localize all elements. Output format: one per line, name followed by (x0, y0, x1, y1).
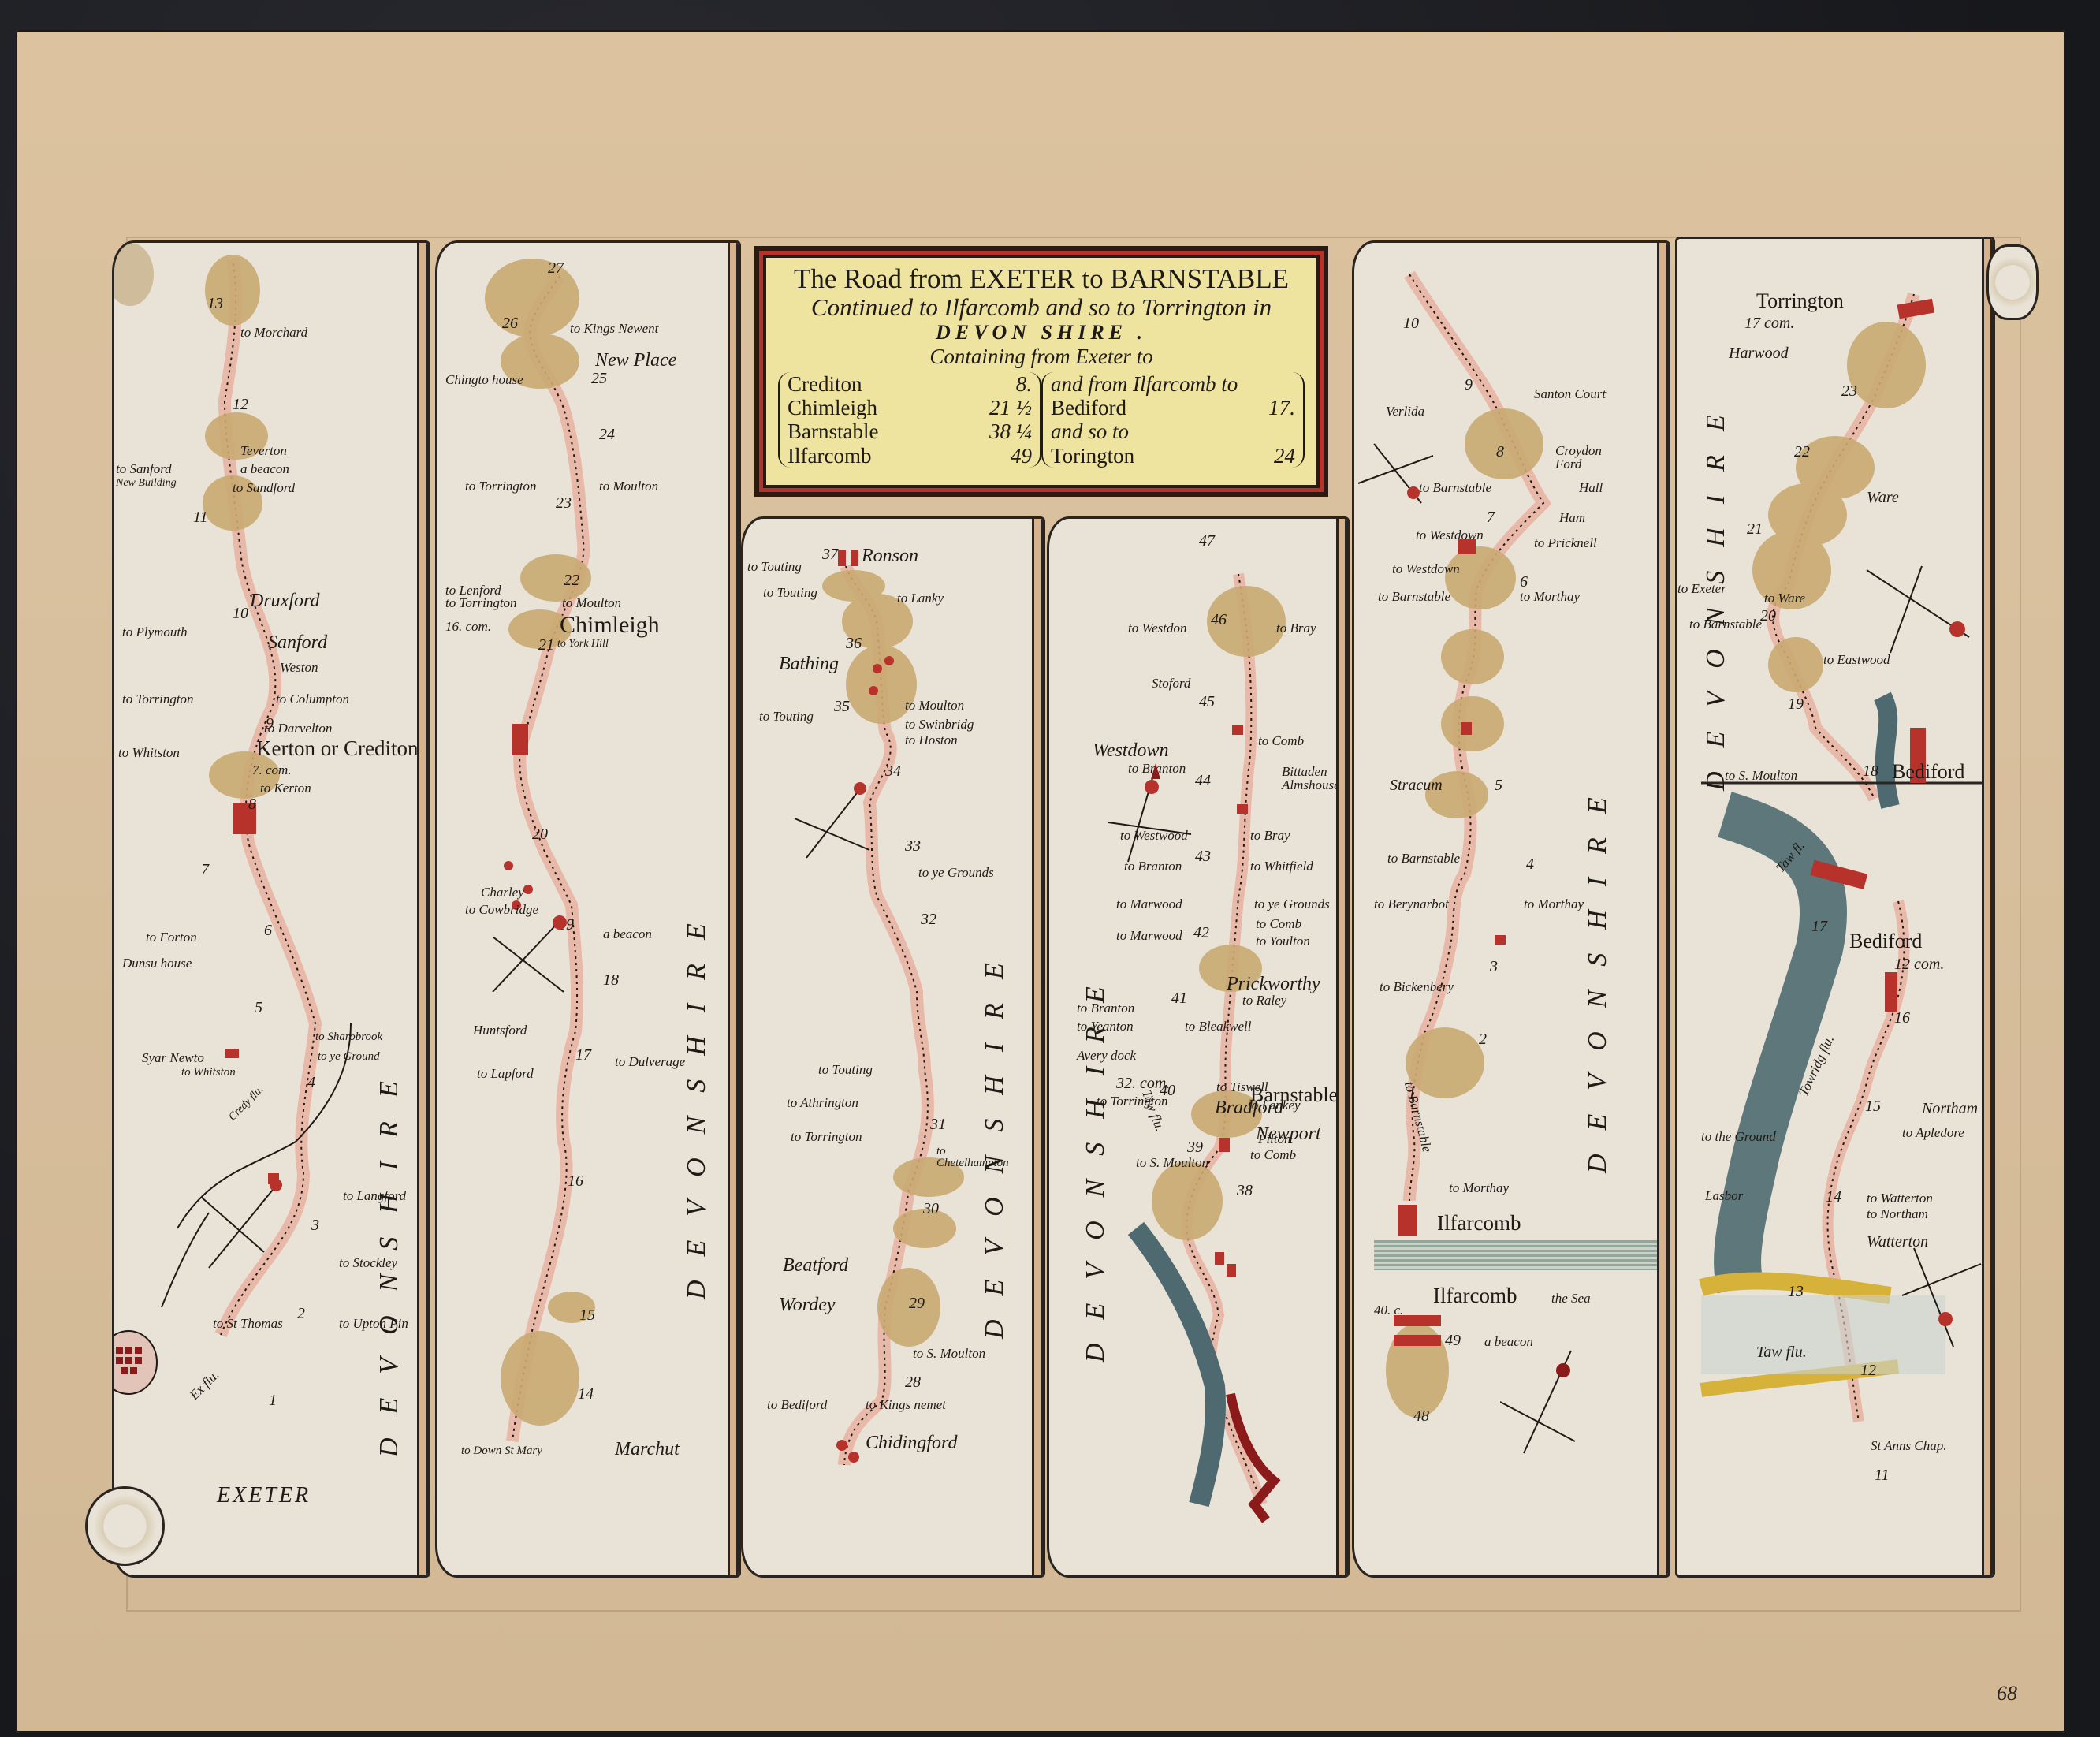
place-label: Huntsford (473, 1023, 527, 1037)
mile-4: 4 (307, 1075, 315, 1090)
distances-from-exeter: Crediton8. Chimleigh21 ½ Barnstable38 ¼ … (778, 372, 1041, 468)
place-label: St Anns Chap. (1871, 1439, 1947, 1452)
mile-20: 20 (1760, 608, 1776, 624)
town-ilfarcomb: Ilfarcomb (1437, 1213, 1521, 1234)
mile-49: 49 (1445, 1333, 1461, 1348)
distance-row: Barnstable38 ¼ (787, 419, 1032, 443)
place-name: Torington (1051, 444, 1134, 468)
place-label: a beacon (240, 462, 289, 475)
heading: and from Ilfarcomb to (1051, 372, 1238, 396)
branch-label: to Westdown (1392, 562, 1460, 576)
branch-label: to Forton (146, 930, 197, 944)
mile-13: 13 (1788, 1284, 1804, 1299)
branch-label: to Swinbridg (905, 718, 974, 731)
place-label: New Place (595, 351, 676, 370)
containing-heading: Containing from Exeter to (778, 345, 1305, 369)
scroll-curl-icon (1986, 244, 2039, 320)
branch-label: to Sanford (116, 462, 172, 475)
mile-41: 41 (1171, 990, 1187, 1006)
distance-row: Torington24 (1051, 444, 1295, 468)
place-label: Newport (1256, 1124, 1321, 1143)
branch-label: to the Ground (1701, 1130, 1776, 1143)
place-label: Ronson (862, 546, 918, 565)
mile-20: 20 (532, 826, 548, 842)
branch-label: to Lanky (897, 591, 944, 605)
mile-17: 17 (575, 1047, 591, 1063)
place-label: Druxford (250, 591, 319, 610)
mile-47: 47 (1199, 533, 1215, 549)
mile-12: 12 (233, 397, 248, 412)
branch-label: to York Hill (557, 639, 609, 650)
branch-label: to Comb (1256, 917, 1301, 930)
miles: 21 ½ (989, 396, 1032, 419)
branch-label: to Comb (1258, 734, 1304, 747)
mile-35: 35 (834, 699, 850, 714)
mile-18: 18 (603, 972, 619, 988)
place-label: Stracum (1390, 777, 1443, 793)
place-label: Hall (1579, 481, 1603, 494)
branch-label: to Darvelton (264, 721, 332, 735)
county-label: DEVONSHIRE (682, 669, 712, 1299)
mile-30: 30 (923, 1201, 939, 1217)
place-label: Chingto house (445, 373, 523, 386)
map-subtitle: Continued to Ilfarcomb and so to Torring… (778, 294, 1305, 321)
mile-11: 11 (193, 509, 208, 525)
mile-28: 28 (905, 1374, 921, 1390)
distance-row: and so to (1051, 419, 1295, 443)
mile-38: 38 (1237, 1183, 1253, 1198)
branch-label: to Lankey (1248, 1098, 1301, 1112)
miles: 8. (1016, 372, 1032, 396)
compass-icon (1898, 1240, 1985, 1351)
mile-37: 37 (822, 546, 838, 562)
mile-48: 48 (1413, 1408, 1429, 1424)
place-name: Chimleigh (787, 396, 877, 419)
mile-18: 18 (1863, 763, 1878, 779)
mile-14: 14 (1826, 1189, 1841, 1205)
branch-label: to Northam (1867, 1207, 1928, 1221)
scroll-curl-icon (85, 1486, 165, 1566)
mile-45: 45 (1199, 694, 1215, 710)
branch-label: to Whitston (118, 746, 180, 759)
place-label: Teverton (240, 444, 287, 457)
branch-label: to Ware (1764, 591, 1805, 605)
place-label: Prickworthy (1227, 975, 1320, 993)
mile-32: 32 (921, 911, 936, 927)
mile-27: 27 (548, 260, 564, 276)
distance-table: Crediton8. Chimleigh21 ½ Barnstable38 ¼ … (778, 372, 1305, 468)
branch-label: to Whitston (181, 1067, 236, 1079)
county-label: DEVONSHIRE (374, 747, 404, 1457)
place-label: Croydon Ford (1555, 444, 1618, 471)
mile-11: 11 (1875, 1467, 1890, 1483)
place-label: Charley (481, 885, 524, 899)
river-label: Taw flu. (1756, 1344, 1807, 1360)
strip-2: 27 26 25 24 23 22 21 20 19 18 17 16 15 1… (435, 240, 741, 1578)
map-title: The Road from EXETER to BARNSTABLE (778, 265, 1305, 294)
mile-39: 39 (1187, 1139, 1203, 1155)
mile-3: 3 (311, 1217, 319, 1233)
map-county: DEVON SHIRE . (778, 321, 1305, 345)
compass-icon (791, 779, 885, 866)
town-note: 40. c. (1374, 1303, 1403, 1317)
place-label: Harwood (1729, 345, 1789, 361)
miles: 38 ¼ (989, 419, 1032, 443)
branch-label: to Down St Mary (461, 1445, 542, 1457)
place-label: Ware (1867, 490, 1899, 505)
town-note: 32. com. (1116, 1075, 1170, 1091)
branch-label: to Lapford (477, 1067, 534, 1080)
branch-label: to Morchard (240, 326, 307, 339)
mile-10: 10 (233, 606, 248, 621)
county-label: DEVONSHIRE (1583, 574, 1613, 1173)
branch-label: to ye Grounds (1254, 897, 1330, 911)
place-label: Marchut (615, 1440, 680, 1459)
place-label: Lasbor (1705, 1189, 1743, 1202)
strip-6: 23 22 21 20 19 18 17 16 15 14 13 12 11 T… (1675, 237, 1995, 1578)
branch-label: to Apledore (1902, 1126, 1964, 1139)
branch-label: to Bray (1276, 621, 1316, 635)
compass-icon (1358, 436, 1437, 507)
place-label: Ham (1559, 511, 1585, 524)
place-label: Stoford (1152, 677, 1190, 690)
mile-5: 5 (255, 1000, 262, 1016)
distance-row: Crediton8. (787, 372, 1032, 396)
mile-15: 15 (579, 1307, 595, 1323)
mile-26: 26 (502, 315, 518, 331)
branch-label: to Touting (818, 1063, 873, 1076)
mile-16: 16 (1894, 1010, 1910, 1026)
place-label: a beacon (603, 927, 652, 941)
place-name: and so to (1051, 419, 1129, 443)
branch-label: to Touting (763, 586, 817, 599)
branch-label: to Pricknell (1534, 536, 1597, 550)
town-note: 17 com. (1744, 315, 1794, 331)
branch-label: to Touting (747, 560, 802, 573)
branch-label: to S. Moulton (1136, 1156, 1208, 1169)
place-label: Santon Court (1534, 387, 1606, 401)
place-label: Wordey (779, 1295, 836, 1314)
mile-46: 46 (1211, 612, 1227, 628)
mile-6: 6 (1520, 574, 1528, 590)
branch-label: to Youlton (1256, 934, 1310, 948)
place-name: Barnstable (787, 419, 878, 443)
town-bediford-2: Bediford (1849, 931, 1922, 952)
branch-label: to Barnstable (1387, 852, 1460, 865)
place-label: Bittaden Almshouse (1282, 765, 1345, 792)
mile-1: 1 (269, 1392, 277, 1408)
branch-label: to Bray (1250, 829, 1290, 842)
place-label: Northam (1922, 1101, 1978, 1116)
branch-label: to Torrington (122, 692, 194, 706)
branch-label: to Touting (759, 710, 814, 723)
mile-13: 13 (207, 296, 223, 311)
place-label: Beatford (783, 1256, 848, 1275)
mile-9: 9 (1465, 377, 1473, 393)
branch-label: to Westdon (1128, 621, 1186, 635)
town-note: 12 com. (1894, 956, 1944, 972)
mile-42: 42 (1193, 925, 1209, 941)
town-chimleigh: Chimleigh (560, 613, 660, 637)
compass-icon (1859, 562, 1977, 657)
mile-23: 23 (1841, 383, 1857, 399)
branch-label: to ye Ground (318, 1051, 380, 1063)
place-label: New Building (116, 478, 177, 489)
branch-label: to Morthay (1520, 590, 1580, 603)
sea-band (1374, 1240, 1658, 1270)
branch-label: to Bickenbery (1380, 980, 1454, 993)
distance-row: Ilfarcomb49 (787, 444, 1032, 468)
compass-icon (485, 913, 572, 1000)
mile-14: 14 (578, 1386, 594, 1402)
mile-31: 31 (930, 1116, 946, 1132)
place-label: the Sea (1551, 1292, 1591, 1305)
town-ilfarcomb-2: Ilfarcomb (1433, 1285, 1517, 1306)
mile-23: 23 (556, 495, 572, 511)
place-label: Sanford (268, 633, 327, 652)
place-label: Bathing (779, 654, 839, 673)
title-cartouche: The Road from EXETER to BARNSTABLE Conti… (754, 246, 1328, 497)
branch-label: to Marwood (1116, 897, 1182, 911)
compass-icon (1104, 759, 1199, 870)
mile-22: 22 (1794, 444, 1810, 460)
miles: 24 (1274, 444, 1295, 468)
mile-15: 15 (1865, 1098, 1881, 1114)
mile-2: 2 (297, 1306, 305, 1321)
mile-16: 16 (568, 1173, 583, 1189)
branch-label: to Moulton (905, 699, 964, 712)
mile-8: 8 (248, 796, 256, 812)
distances-from-ilfarcomb: and from Ilfarcomb to Bediford17. and so… (1041, 372, 1305, 468)
branch-label: to St Thomas (213, 1317, 283, 1330)
place-label: Chidingford (866, 1433, 957, 1452)
branch-label: to Berynarbot (1374, 897, 1449, 911)
mile-19: 19 (1788, 696, 1804, 712)
branch-label: to Hoston (905, 733, 958, 747)
mile-17: 17 (1811, 919, 1827, 934)
branch-label: to Westdown (1416, 528, 1484, 542)
branch-label: to Columpton (276, 692, 349, 706)
branch-label: to Torrington (445, 596, 517, 609)
branch-label: to Sandford (233, 481, 295, 494)
branch-label: to Plymouth (122, 625, 188, 639)
branch-label: to Whitfield (1250, 859, 1313, 873)
mile-24: 24 (599, 427, 615, 442)
branch-label: to Kings nemet (866, 1398, 946, 1411)
mile-10: 10 (1403, 315, 1419, 331)
town-note: 7. com. (252, 763, 292, 777)
mile-36: 36 (846, 636, 862, 651)
miles: 49 (1011, 444, 1032, 468)
branch-label: to Marwood (1116, 929, 1182, 942)
mile-7: 7 (1487, 509, 1495, 525)
branch-label: to Torrington (791, 1130, 862, 1143)
mile-22: 22 (564, 572, 579, 588)
branch-label: to Raley (1242, 993, 1286, 1007)
branch-label: to Morthay (1449, 1181, 1509, 1195)
town-note: 16. com. (445, 620, 491, 633)
place-label: Syar Newto (142, 1051, 204, 1064)
mile-3: 3 (1490, 959, 1498, 975)
branch-label: to Barnstable (1378, 590, 1450, 603)
branch-label: to Moulton (599, 479, 658, 493)
mile-2: 2 (1479, 1031, 1487, 1047)
mile-21: 21 (1747, 521, 1763, 537)
distance-heading: and from Ilfarcomb to (1051, 372, 1295, 396)
mile-7: 7 (201, 862, 209, 878)
branch-label: to Bleakwell (1185, 1019, 1252, 1033)
mile-8: 8 (1496, 444, 1504, 460)
strip-1: 13 12 11 10 9 8 7 6 5 4 3 2 1 to Morchar… (112, 240, 430, 1578)
compass-icon (193, 1173, 296, 1276)
place-name: Crediton (787, 372, 862, 396)
strip-3: 37 36 35 34 33 32 31 30 29 28 Ronson to … (741, 516, 1045, 1578)
branch-label: Weston (280, 661, 318, 674)
miles: 17. (1268, 396, 1295, 419)
branch-label: to Moulton (562, 596, 621, 609)
mile-5: 5 (1495, 777, 1502, 793)
branch-label: to Athrington (787, 1096, 858, 1109)
mile-34: 34 (885, 763, 901, 779)
branch-label: to Morthay (1524, 897, 1584, 911)
strip-4: 47 46 45 44 43 42 41 40 39 38 to Westdon… (1047, 516, 1350, 1578)
town-bediford: Bediford (1892, 762, 1964, 782)
distance-row: Bediford17. (1051, 396, 1295, 419)
town-torrington: Torrington (1756, 291, 1844, 311)
branch-label: to Kerton (260, 781, 311, 795)
branch-label: to Watterton (1867, 1191, 1933, 1205)
place-name: Bediford (1051, 396, 1126, 419)
county-label: DEVONSHIRE (980, 740, 1010, 1339)
branch-label: to Torrington (465, 479, 537, 493)
branch-label: to Sharobrook (315, 1031, 382, 1043)
place-label: Verlida (1386, 404, 1424, 418)
county-label: DEVONSHIRE (1701, 491, 1731, 791)
branch-label: to Kings Newent (570, 322, 658, 335)
branch-label: to S. Moulton (913, 1347, 985, 1360)
town-exeter: EXETER (217, 1485, 311, 1507)
mile-6: 6 (264, 923, 272, 938)
mile-25: 25 (591, 371, 607, 386)
branch-label: to Bediford (767, 1398, 827, 1411)
place-label: Dunsu house (122, 956, 192, 970)
mile-29: 29 (909, 1295, 925, 1311)
place-name: Ilfarcomb (787, 444, 871, 468)
branch-label: to Dulverage (615, 1055, 685, 1068)
branch-label: to S. Moulton (1725, 769, 1797, 782)
mile-33: 33 (905, 838, 921, 854)
branch-label: to Comb (1250, 1148, 1296, 1161)
strip-5: 10 9 8 7 6 5 4 3 2 1 49 48 Verlida Santo… (1352, 240, 1670, 1578)
distance-row: Chimleigh21 ½ (787, 396, 1032, 419)
compass-icon (1500, 1347, 1587, 1457)
mile-21: 21 (538, 637, 554, 653)
mile-12: 12 (1860, 1362, 1876, 1378)
mile-4: 4 (1526, 856, 1534, 872)
plate-number: 68 (1997, 1682, 2017, 1705)
